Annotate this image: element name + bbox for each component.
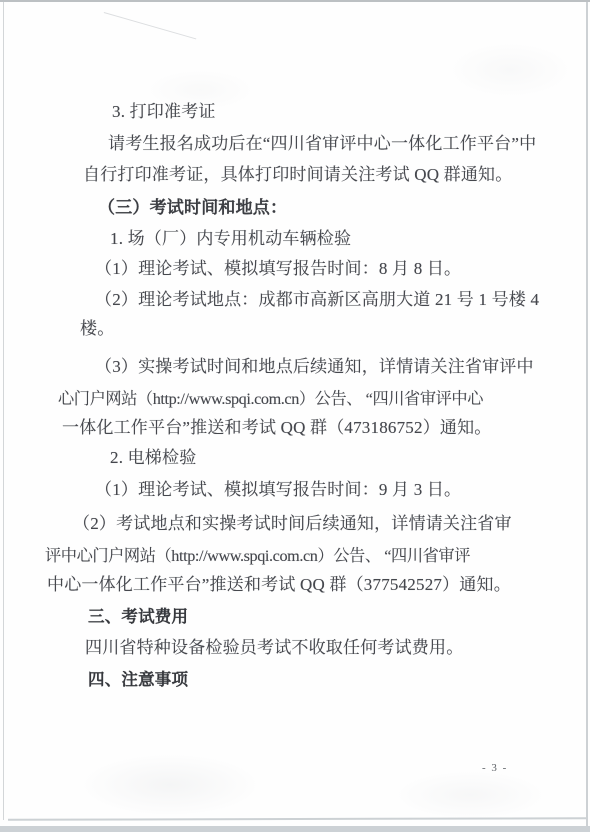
scan-edge-right (586, 2, 588, 828)
text-line: 1. 场（厂）内专用机动车辆检验 (110, 229, 351, 249)
scan-edge-bottom (0, 826, 590, 832)
text-line: 一体化工作平台”推送和考试 QQ 群（473186752）通知。 (62, 418, 492, 438)
text-line: （1）理论考试、模拟填写报告时间：8 月 8 日。 (95, 259, 461, 279)
text-line: （3）实操考试时间和地点后续通知，详情请关注省审评中 (95, 357, 534, 377)
text-line: 中心一体化工作平台”推送和考试 QQ 群（377542527）通知。 (47, 575, 511, 595)
section-subheading: （三）考试时间和地点： (98, 198, 287, 218)
text-line: 楼。 (80, 319, 114, 339)
text-line: （2）理论考试地点：成都市高新区高朋大道 21 号 1 号楼 4 (95, 290, 539, 310)
text-line: （1）理论考试、模拟填写报告时间：9 月 3 日。 (95, 480, 461, 500)
scanned-document-page: 3. 打印准考证 请考生报名成功后在“四川省审评中心一体化工作平台”中 自行打印… (0, 0, 590, 832)
page-number: - 3 - (482, 762, 508, 774)
text-line: 3. 打印准考证 (112, 102, 216, 122)
text-line: （2）考试地点和实操考试时间后续通知，详情请关注省审 (73, 514, 512, 534)
text-line: 2. 电梯检验 (110, 448, 196, 468)
text-line-with-url: 评中心门户网站（http://www.spqi.com.cn）公告、 “四川省审… (45, 546, 470, 566)
scan-crease (104, 12, 197, 39)
scan-edge-left (3, 2, 4, 820)
text-line: 请考生报名成功后在“四川省审评中心一体化工作平台”中 (108, 134, 536, 154)
scan-edge-top (0, 0, 590, 2)
text-line: 四川省特种设备检验员考试不收取任何考试费用。 (85, 638, 463, 658)
text-line-with-url: 心门户网站（http://www.spqi.com.cn）公告、 “四川省审评中… (58, 389, 483, 409)
text-line: 自行打印准考证，具体打印时间请关注考试 QQ 群通知。 (83, 165, 512, 185)
section-heading-fees: 三、考试费用 (88, 607, 188, 627)
scan-noise-overlay (0, 0, 590, 832)
section-heading-notes: 四、注意事项 (88, 670, 188, 690)
scan-page-bottom-edge (8, 817, 586, 821)
